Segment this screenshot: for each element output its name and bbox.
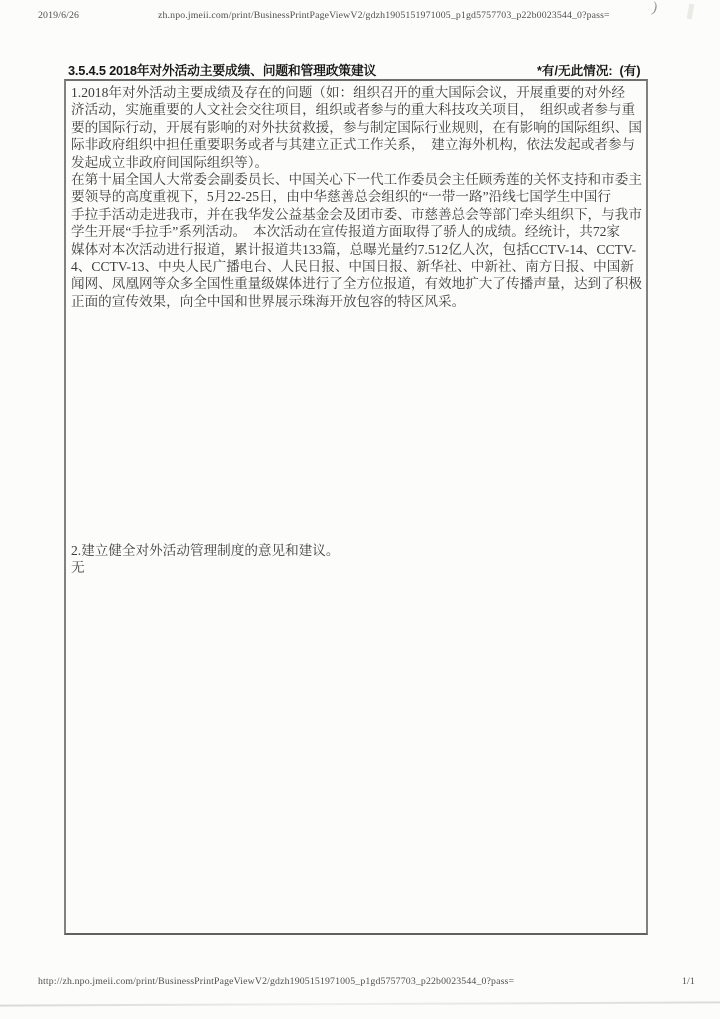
section2-heading: 2.建立健全对外活动管理制度的意见和建议。 [71,542,643,559]
section2-block: 2.建立健全对外活动管理制度的意见和建议。 无 [71,542,643,577]
print-footer-url: http://zh.npo.jmeii.com/print/BusinessPr… [38,976,514,987]
page-number: 1/1 [682,976,695,987]
section2-answer: 无 [71,559,643,576]
print-date: 2019/6/26 [38,10,79,21]
section-heading: 3.5.4.5 2018年对外活动主要成绩、问题和管理政策建议 [68,60,376,79]
print-header-url: zh.npo.jmeii.com/print/BusinessPrintPage… [158,10,610,21]
scan-smudge-mark [687,4,695,20]
answer-box: 1.2018年对外活动主要成绩及存在的问题（如：组织召开的重大国际会议，开展重要… [64,79,648,935]
scan-edge-shadow [0,1001,720,1006]
scan-pen-mark: ) [650,0,659,17]
section1-text: 1.2018年对外活动主要成绩及存在的问题（如：组织召开的重大国际会议，开展重要… [71,84,643,310]
status-indicator: *有/无此情况: (有) [537,60,641,79]
document-page: 2019/6/26 zh.npo.jmeii.com/print/Busines… [0,0,720,1019]
